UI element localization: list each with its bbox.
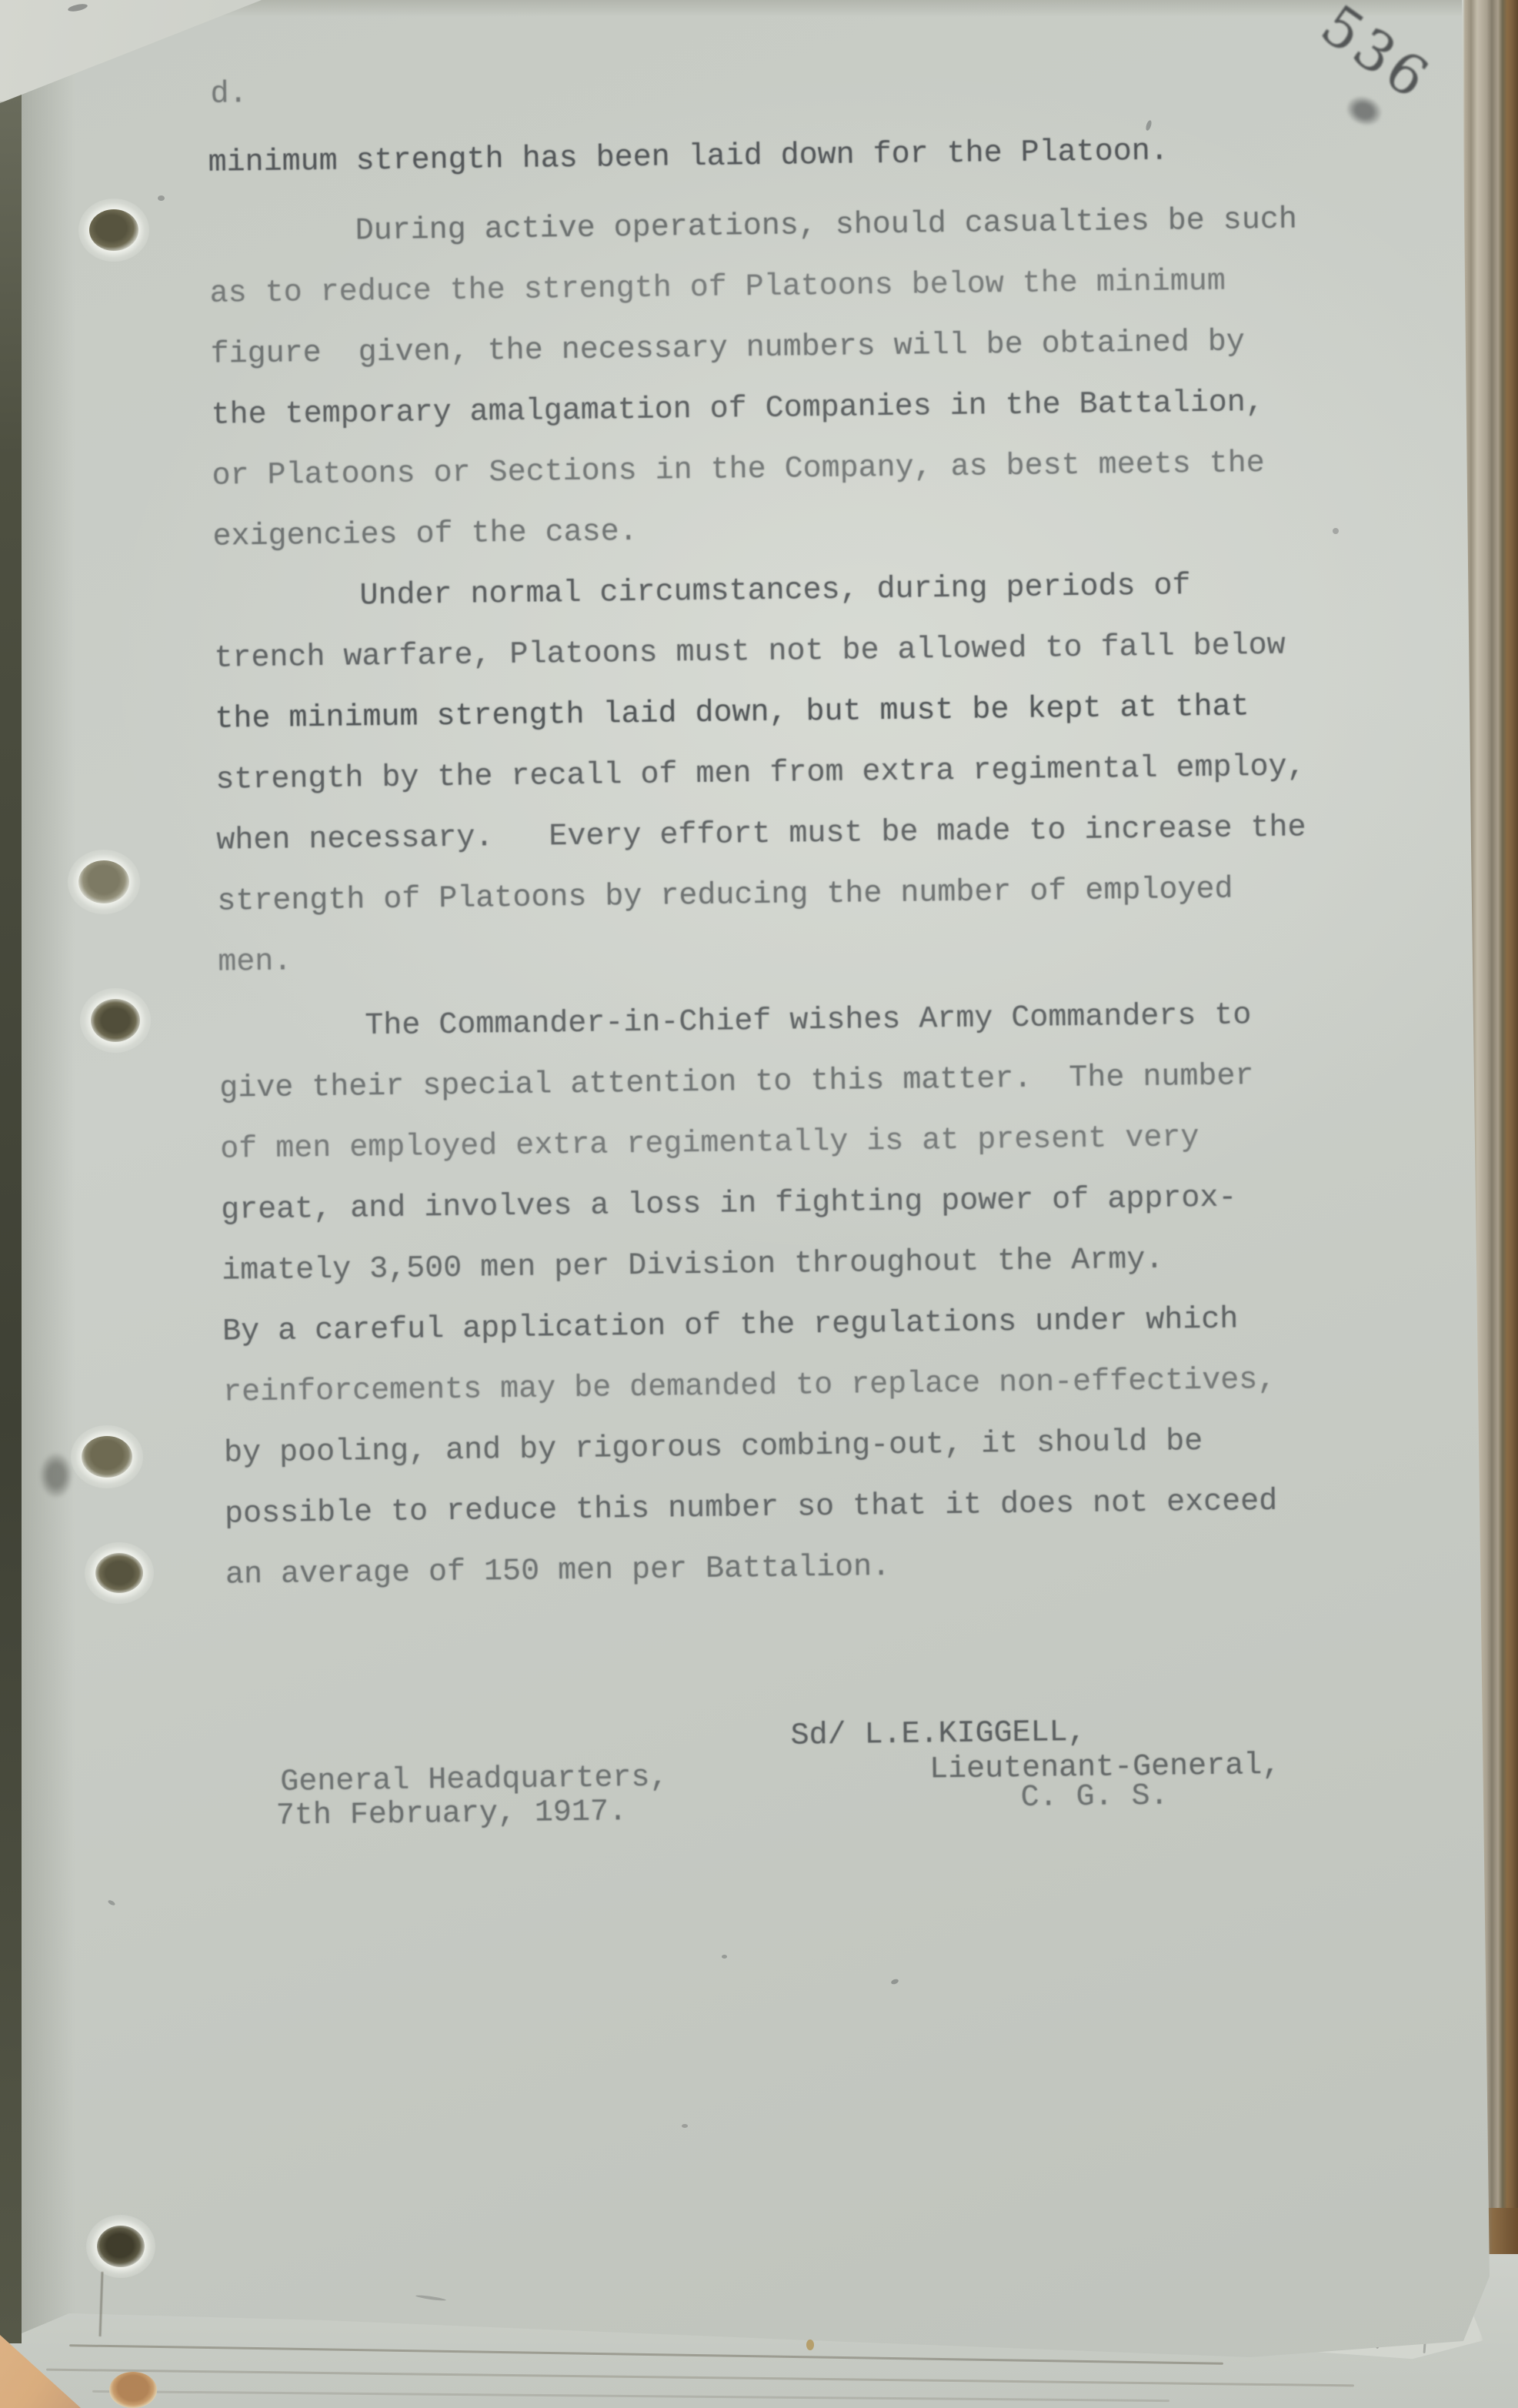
text-line: an average of 150 men per Battalion.: [225, 1531, 1380, 1605]
signature-place: General Headquarters,: [280, 1761, 669, 1800]
text-line: men.: [218, 918, 1373, 993]
speck: [722, 1955, 727, 1959]
speck: [806, 2340, 814, 2350]
punch-hole: [91, 999, 140, 1042]
scanned-document-photo: d. minimum strength has been laid down f…: [0, 0, 1518, 2408]
punch-hole: [97, 2226, 145, 2267]
margin-note: d.: [210, 77, 248, 112]
paper-smudge: [40, 1453, 72, 1498]
speck: [158, 195, 165, 201]
punch-hole: [82, 1436, 132, 1478]
speck: [1333, 528, 1339, 534]
text-line: minimum strength has been laid down for …: [208, 119, 1363, 193]
signature-signed: Sd/ L.E.KIGGELL,: [790, 1715, 1086, 1754]
speck: [682, 2124, 688, 2128]
signature-title: C. G. S.: [1020, 1779, 1169, 1815]
typewritten-text-layer: d. minimum strength has been laid down f…: [0, 0, 1518, 2408]
signature-date: 7th February, 1917.: [276, 1795, 628, 1834]
body-text: minimum strength has been laid down for …: [208, 119, 1380, 1605]
punch-hole: [95, 1553, 143, 1593]
punch-hole: [78, 860, 129, 903]
punch-hole: [89, 209, 138, 251]
